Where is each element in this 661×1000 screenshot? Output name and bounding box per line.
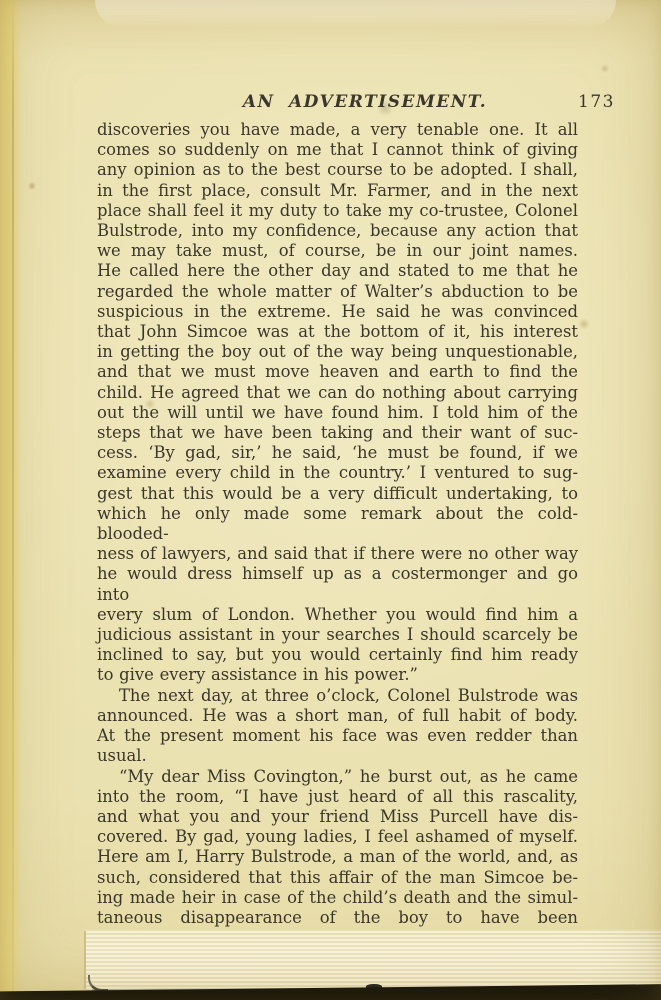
text-line: in the first place, consult Mr. Farmer, … (97, 181, 578, 201)
page-stack-edge (84, 931, 661, 989)
text-line: such, considered that this affair of the… (97, 868, 578, 888)
text-line: cess. ‘By gad, sir,’ he said, ‘he must b… (97, 443, 578, 463)
body-text: discoveries you have made, a very tenabl… (97, 120, 578, 969)
text-line: which he only made some remark about the… (97, 504, 578, 544)
text-line: that John Simcoe was at the bottom of it… (97, 322, 578, 342)
text-line: and that we must move heaven and earth t… (97, 362, 578, 382)
text-line: comes so suddenly on me that I cannot th… (97, 140, 578, 160)
page-gutter-edge (0, 0, 22, 1000)
running-head-title: AN ADVERTISEMENT. (240, 92, 490, 112)
text-line: judicious assistant in your searches I s… (97, 625, 578, 645)
text-line: Bulstrode, into my confidence, because a… (97, 221, 578, 241)
text-line: “My dear Miss Covington,” he burst out, … (97, 767, 578, 787)
page-crease (12, 0, 14, 1000)
text-line: covered. By gad, young ladies, I feel as… (97, 827, 578, 847)
text-line: ing made heir in case of the child’s dea… (97, 888, 578, 908)
text-line: place shall feel it my duty to take my c… (97, 201, 578, 221)
page-number: 173 (578, 92, 614, 112)
page-top-highlight (95, 0, 616, 28)
text-line: At the present moment his face was even … (97, 726, 578, 746)
text-line: out the will until we have found him. I … (97, 403, 578, 423)
text-line: in getting the boy out of the way being … (97, 342, 578, 362)
text-line: child. He agreed that we can do nothing … (97, 383, 578, 403)
paragraph: The next day, at three o’clock, Colonel … (97, 686, 578, 767)
text-line: inclined to say, but you would certainly… (97, 645, 578, 665)
text-line: every slum of London. Whether you would … (97, 605, 578, 625)
text-line: Here am I, Harry Bulstrode, a man of the… (97, 847, 578, 867)
text-line: into the room, “I have just heard of all… (97, 787, 578, 807)
text-line: gest that this would be a very difficult… (97, 484, 578, 504)
text-line: suspicious in the extreme. He said he wa… (97, 302, 578, 322)
text-line: and what you and your friend Miss Purcel… (97, 807, 578, 827)
text-line: announced. He was a short man, of full h… (97, 706, 578, 726)
text-line: ness of lawyers, and said that if there … (97, 544, 578, 564)
text-line: examine every child in the country.’ I v… (97, 463, 578, 483)
text-line: The next day, at three o’clock, Colonel … (97, 686, 578, 706)
paper-stain (578, 318, 590, 330)
paragraph: discoveries you have made, a very tenabl… (97, 120, 578, 686)
text-line: any opinion as to the best course to be … (97, 160, 578, 180)
text-line: we may take must, of course, be in our j… (97, 241, 578, 261)
text-line: steps that we have been taking and their… (97, 423, 578, 443)
text-line: regarded the whole matter of Walter’s ab… (97, 282, 578, 302)
text-line: discoveries you have made, a very tenabl… (97, 120, 578, 140)
paper-stain (600, 64, 610, 73)
text-line: He called here the other day and stated … (97, 261, 578, 281)
text-line: to give every assistance in his power.” (97, 665, 578, 685)
text-line: usual. (97, 746, 578, 766)
paper-stain (28, 182, 36, 190)
text-line: he would dress himself up as a costermon… (97, 564, 578, 604)
scanned-book-page: AN ADVERTISEMENT. 173 discoveries you ha… (0, 0, 661, 1000)
